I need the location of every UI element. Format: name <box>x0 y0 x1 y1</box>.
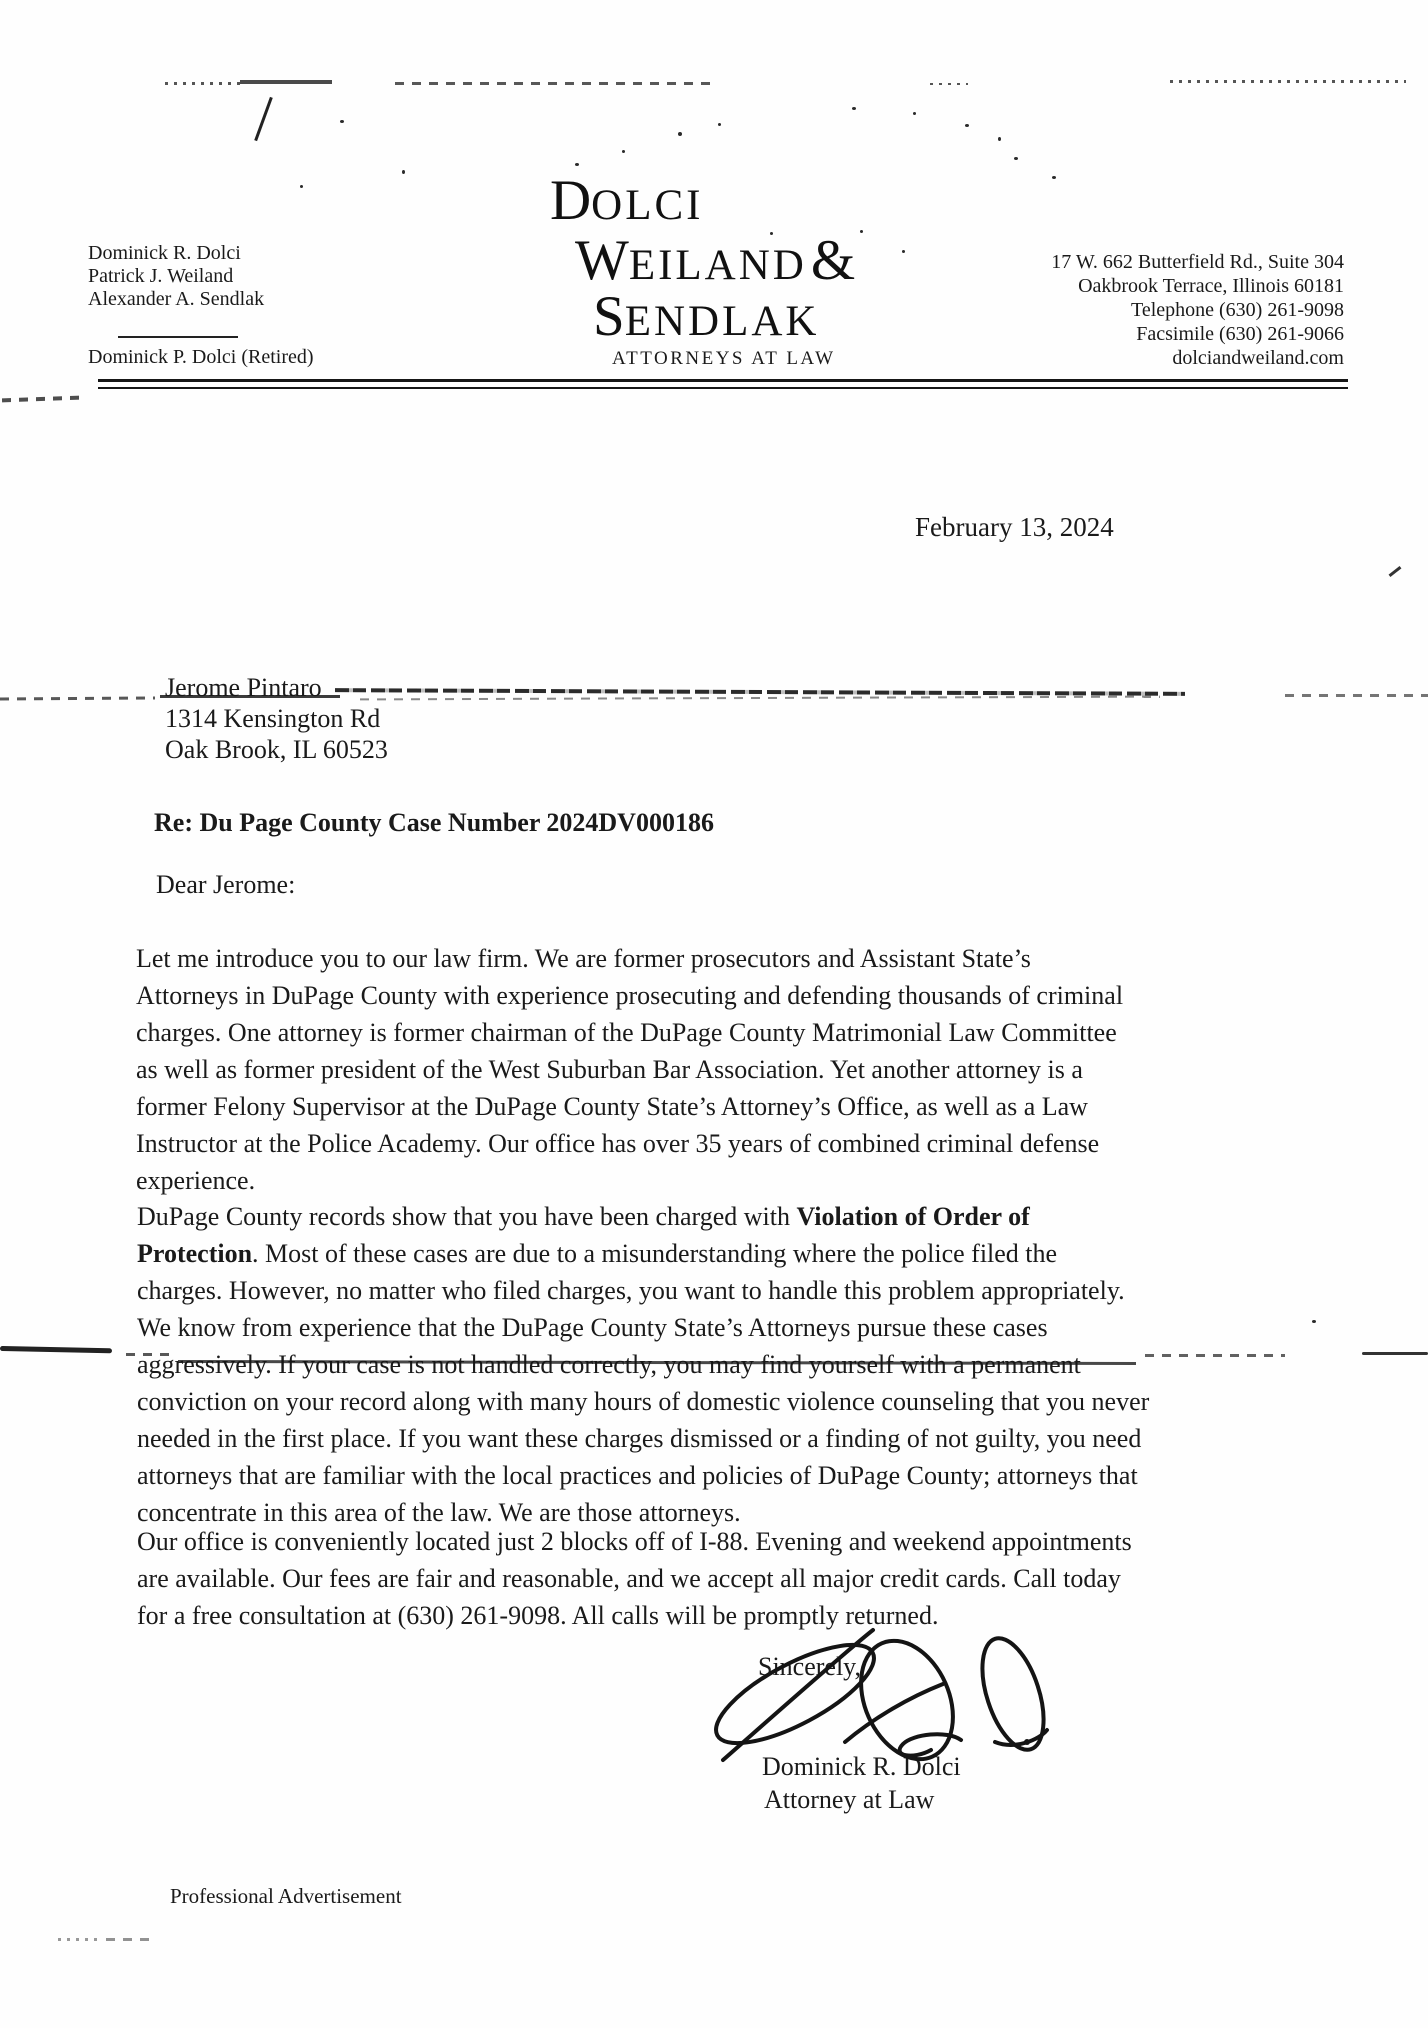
recipient-address-block: Jerome Pintaro 1314 Kensington Rd Oak Br… <box>165 672 388 765</box>
scan-artifact <box>860 230 863 233</box>
scan-artifact <box>678 132 682 136</box>
scan-artifact <box>965 124 969 127</box>
letterhead-attorney-names: Dominick R. Dolci Patrick J. Weiland Ale… <box>88 242 264 311</box>
scan-artifact <box>998 137 1001 141</box>
scan-artifact <box>165 82 240 85</box>
scan-artifact <box>575 163 579 166</box>
letterhead-divider <box>118 336 238 338</box>
scanned-letter-page: Dominick R. Dolci Patrick J. Weiland Ale… <box>0 0 1428 2028</box>
scan-artifact <box>1285 694 1428 697</box>
scan-artifact <box>254 97 273 141</box>
firm-name-line-3: SENDLAK <box>593 288 819 345</box>
scan-artifact <box>360 696 1160 701</box>
scan-artifact <box>106 1938 152 1941</box>
scan-artifact <box>852 107 856 110</box>
footer-note: Professional Advertisement <box>170 1884 402 1909</box>
scan-artifact <box>300 185 303 188</box>
letterhead-rule-bottom <box>98 387 1348 389</box>
letterhead-rule-top <box>98 379 1348 382</box>
scan-artifact <box>58 1938 100 1941</box>
scan-artifact <box>335 688 1185 696</box>
scan-artifact <box>2 396 80 403</box>
letterhead-contact-block: 17 W. 662 Butterfield Rd., Suite 304 Oak… <box>1051 250 1344 370</box>
scan-artifact <box>1362 1352 1428 1355</box>
scan-artifact <box>1312 1320 1316 1323</box>
scan-artifact <box>1014 157 1018 160</box>
scan-artifact <box>930 83 968 85</box>
scan-artifact <box>1052 176 1056 179</box>
scan-artifact <box>1389 566 1402 577</box>
scan-artifact <box>126 1353 172 1356</box>
letter-date: February 13, 2024 <box>915 512 1114 543</box>
re-line: Re: Du Page County Case Number 2024DV000… <box>154 808 714 838</box>
scan-artifact <box>1145 1354 1285 1357</box>
signature-scribble <box>695 1622 1075 1792</box>
scan-artifact <box>902 250 905 253</box>
body-paragraph-3: Our office is conveniently located just … <box>137 1523 1132 1634</box>
paragraph-2-text-cont: . Most of these cases are due to a misun… <box>137 1239 1149 1527</box>
signature-svg <box>695 1622 1075 1787</box>
scan-artifact <box>160 695 340 698</box>
scan-artifact <box>718 123 721 126</box>
body-paragraph-1: Let me introduce you to our law firm. We… <box>136 940 1123 1199</box>
scan-artifact <box>340 120 344 123</box>
paragraph-2-text: DuPage County records show that you have… <box>137 1202 796 1231</box>
scan-artifact <box>240 80 332 84</box>
scan-artifact <box>622 150 625 153</box>
scan-artifact <box>913 112 916 115</box>
scan-artifact <box>395 82 715 85</box>
salutation: Dear Jerome: <box>156 870 295 900</box>
scan-artifact <box>0 1346 112 1353</box>
firm-tagline: ATTORNEYS AT LAW <box>612 348 836 370</box>
letterhead-retired-name: Dominick P. Dolci (Retired) <box>88 346 314 369</box>
scan-artifact <box>0 696 155 700</box>
firm-name-line-1: DOLCI <box>550 172 704 229</box>
firm-name-line-2: WEILAND & <box>575 232 855 289</box>
scan-artifact <box>1170 80 1406 83</box>
scan-artifact <box>402 170 405 174</box>
